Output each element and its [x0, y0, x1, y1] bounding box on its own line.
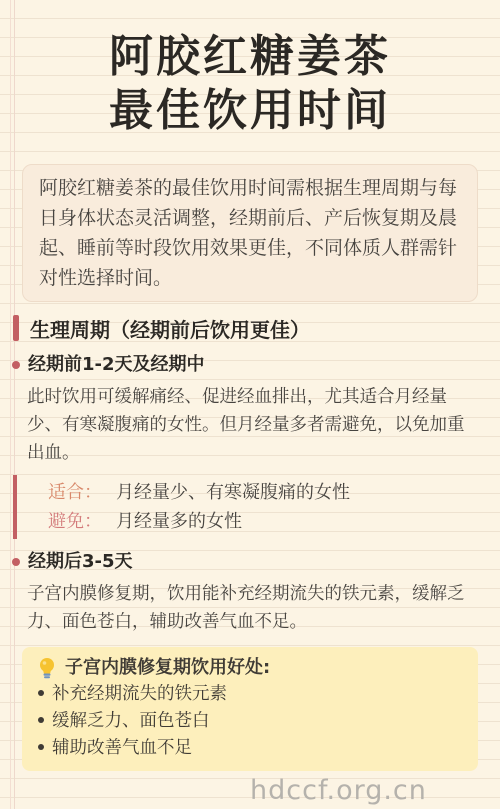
subsection-heading-row: 经期前1-2天及经期中 — [12, 354, 478, 376]
note-page: 阿胶红糖姜茶 最佳饮用时间 阿胶红糖姜茶的最佳饮用时间需根据生理周期与每日身体状… — [0, 0, 500, 809]
subsection-heading: 经期后3-5天 — [28, 551, 133, 573]
tip-bullet: 缓解乏力、面色苍白 — [36, 708, 464, 735]
avoid-label: 避免： — [48, 507, 102, 536]
tip-bullet: 补充经期流失的铁元素 — [36, 681, 464, 708]
lightbulb-icon — [38, 657, 56, 679]
intro-card: 阿胶红糖姜茶的最佳饮用时间需根据生理周期与每日身体状态灵活调整，经期前后、产后恢… — [22, 164, 478, 302]
tip-card: 子宫内膜修复期饮用好处: 补充经期流失的铁元素 缓解乏力、面色苍白 辅助改善气血… — [22, 647, 478, 771]
bullet-dot-icon — [38, 717, 44, 723]
section-title: 生理周期（经期前后饮用更佳） — [30, 314, 310, 343]
page-title-line-2: 最佳饮用时间 — [0, 84, 500, 138]
section-header: 生理周期（经期前后饮用更佳） — [13, 314, 478, 342]
tip-bullet-text: 补充经期流失的铁元素 — [52, 681, 227, 708]
tip-header: 子宫内膜修复期饮用好处: — [36, 654, 464, 681]
tip-title: 子宫内膜修复期饮用好处: — [65, 654, 270, 681]
avoid-value: 月经量多的女性 — [116, 507, 242, 536]
suit-value: 月经量少、有寒凝腹痛的女性 — [116, 478, 350, 507]
bullet-dot-icon — [38, 690, 44, 696]
subsection-body: 此时饮用可缓解痛经、促进经血排出，尤其适合月经量少、有寒凝腹痛的女性。但月经量多… — [27, 383, 480, 467]
bullet-dot-icon — [12, 361, 20, 369]
suitability-row: 适合： 月经量少、有寒凝腹痛的女性 — [48, 478, 478, 507]
subsection-body: 子宫内膜修复期，饮用能补充经期流失的铁元素，缓解乏力、面色苍白，辅助改善气血不足… — [27, 580, 480, 636]
section-accent-bar-icon — [13, 315, 19, 341]
page-title: 阿胶红糖姜茶 最佳饮用时间 — [0, 30, 500, 138]
subsection-heading-row: 经期后3-5天 — [12, 551, 478, 573]
suitability-row: 避免： 月经量多的女性 — [48, 507, 478, 536]
page-title-line-1: 阿胶红糖姜茶 — [0, 30, 500, 84]
tip-bullet-text: 缓解乏力、面色苍白 — [52, 708, 210, 735]
bullet-dot-icon — [38, 744, 44, 750]
subsection-heading: 经期前1-2天及经期中 — [28, 354, 205, 376]
watermark: hdccf.org.cn — [250, 776, 500, 806]
tip-bullet: 辅助改善气血不足 — [36, 735, 464, 762]
suitability-callout: 适合： 月经量少、有寒凝腹痛的女性 避免： 月经量多的女性 — [13, 475, 478, 539]
bullet-dot-icon — [12, 558, 20, 566]
tip-bullet-text: 辅助改善气血不足 — [52, 735, 192, 762]
suit-label: 适合： — [48, 478, 102, 507]
intro-text: 阿胶红糖姜茶的最佳饮用时间需根据生理周期与每日身体状态灵活调整，经期前后、产后恢… — [39, 173, 461, 293]
content: 阿胶红糖姜茶 最佳饮用时间 阿胶红糖姜茶的最佳饮用时间需根据生理周期与每日身体状… — [0, 30, 500, 806]
